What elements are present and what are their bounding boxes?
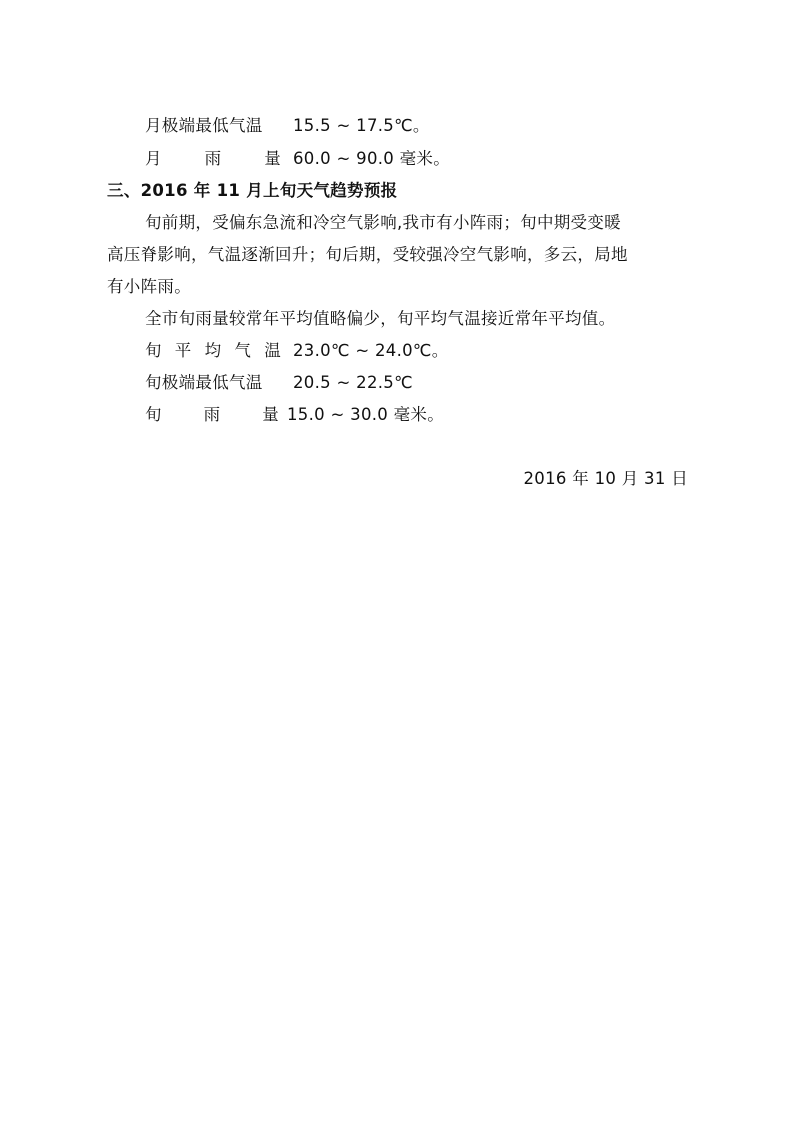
paragraph1-line3: 有小阵雨。 [107,277,191,297]
month-min-temp-line: 月极端最低气温15.5 ~ 17.5℃。 [145,116,430,136]
dekad-min-temp-value: 20.5 ~ 22.5℃ [293,373,413,393]
section3-heading: 三、2016 年 11 月上旬天气趋势预报 [107,181,397,201]
dekad-avg-temp-line: 旬 平 均 气 温 23.0℃ ~ 24.0℃。 [145,341,449,361]
dekad-rainfall-value: 15.0 ~ 30.0 毫米。 [287,405,444,425]
paragraph2: 全市旬雨量较常年平均值略偏少，旬平均气温接近常年平均值。 [145,309,615,329]
paragraph1-line2: 高压脊影响，气温逐渐回升；旬后期，受较强冷空气影响，多云，局地 [107,245,628,265]
month-min-temp-value: 15.5 ~ 17.5℃。 [293,116,430,136]
month-min-temp-label: 月极端最低气温 [145,116,293,136]
dekad-min-temp-label: 旬极端最低气温 [145,373,293,393]
dekad-avg-temp-value: 23.0℃ ~ 24.0℃。 [293,341,449,361]
month-rainfall-label: 月 雨 量 [145,149,281,169]
paragraph1-line1: 旬前期，受偏东急流和冷空气影响,我市有小阵雨；旬中期受变暖 [145,213,621,233]
month-rainfall-value: 60.0 ~ 90.0 毫米。 [293,149,450,169]
dekad-rainfall-line: 旬 雨 量 15.0 ~ 30.0 毫米。 [145,405,444,425]
month-rainfall-line: 月 雨 量 60.0 ~ 90.0 毫米。 [145,149,450,169]
dekad-avg-temp-label: 旬 平 均 气 温 [145,341,281,361]
dekad-min-temp-line: 旬极端最低气温20.5 ~ 22.5℃ [145,373,413,393]
document-date: 2016 年 10 月 31 日 [523,469,688,489]
dekad-rainfall-label: 旬 雨 量 [145,405,279,425]
